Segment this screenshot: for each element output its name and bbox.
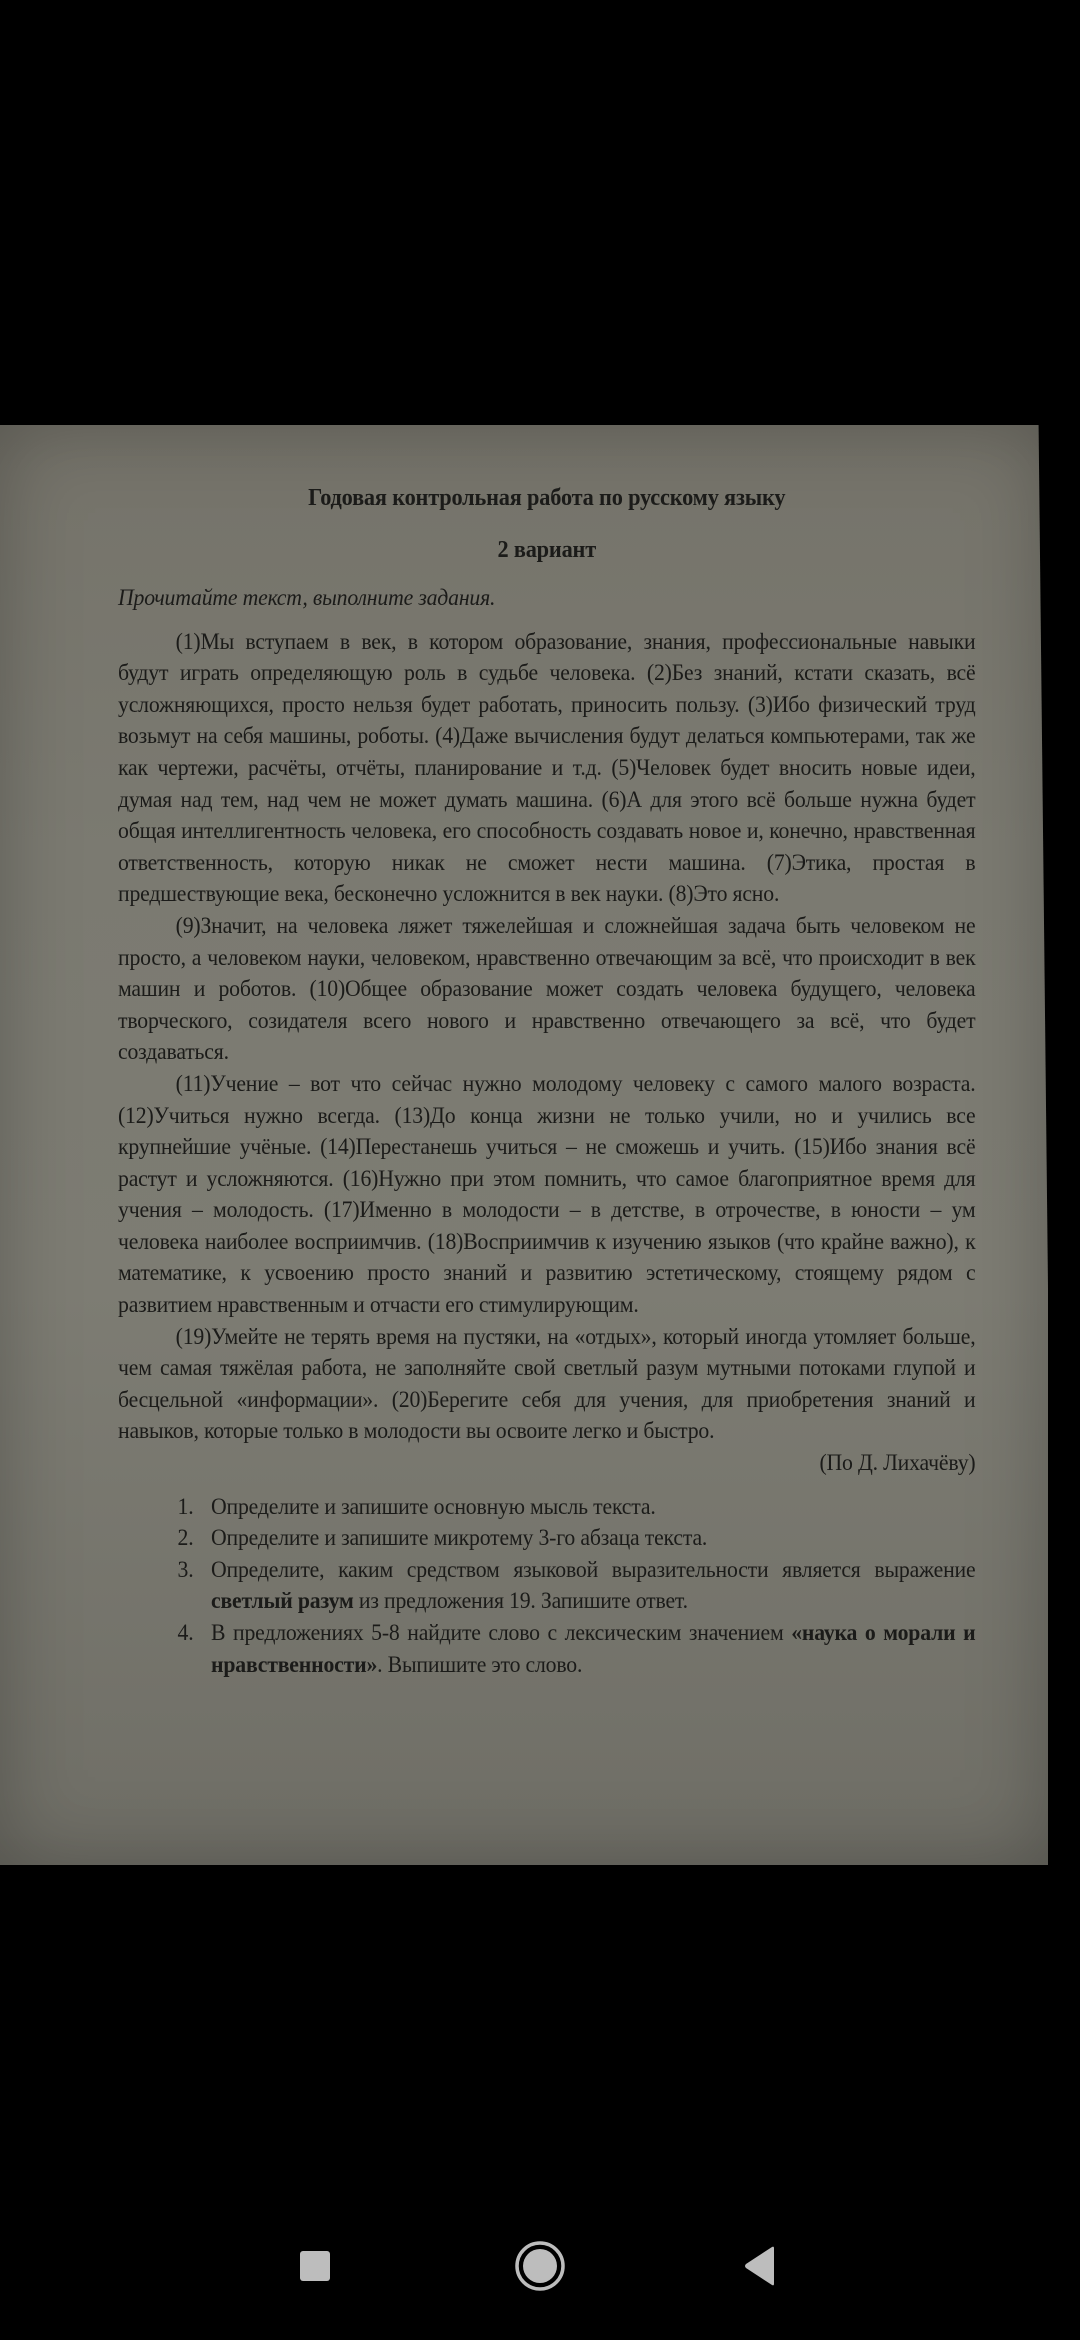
document-title: Годовая контрольная работа по русскому я… [118,483,975,513]
circle-icon [514,2240,566,2292]
task-text: Определите и запишите основную мысль тек… [211,1494,656,1520]
navigation-bar [0,2190,1080,2340]
back-button[interactable] [720,2226,800,2306]
task-item-3: 3. Определите, каким средством языковой … [211,1555,975,1618]
instruction-text: Прочитайте текст, выполните задания. [118,583,975,615]
square-icon [298,2249,332,2283]
task-list: 1. Определите и запишите основную мысль … [118,1492,975,1682]
paper-content: Годовая контрольная работа по русскому я… [118,483,975,1681]
task-text: Определите и запишите микротему 3-го абз… [211,1525,707,1551]
text-paragraph-2: (9)Значит, на человека ляжет тяжелейшая … [118,911,975,1069]
exam-paper-photo: Годовая контрольная работа по русскому я… [0,425,1048,1865]
task-text: Определите, каким средством языковой выр… [211,1557,975,1583]
task-item-1: 1. Определите и запишите основную мысль … [211,1492,975,1524]
recent-apps-button[interactable] [275,2226,355,2306]
home-button[interactable] [500,2226,580,2306]
text-paragraph-1: (1)Мы вступаем в век, в котором образова… [118,627,975,911]
variant-label: 2 вариант [118,535,975,565]
triangle-back-icon [743,2246,777,2286]
task-text: В предложениях 5-8 найдите слово с лекси… [211,1620,791,1646]
author-attribution: (По Д. Лихачёву) [118,1448,975,1480]
photo-viewer: Годовая контрольная работа по русскому я… [0,0,1080,2190]
task-number: 2. [178,1523,194,1555]
task-number: 4. [178,1618,194,1650]
task-number: 3. [178,1555,194,1587]
text-paragraph-4: (19)Умейте не терять время на пустяки, н… [118,1322,975,1448]
text-paragraph-3: (11)Учение – вот что сейчас нужно молодо… [118,1069,975,1322]
task-item-2: 2. Определите и запишите микротему 3-го … [211,1523,975,1555]
task-text: . Выпишите это слово. [377,1652,582,1678]
task-number: 1. [178,1492,194,1524]
task-item-4: 4. В предложениях 5-8 найдите слово с ле… [211,1618,975,1681]
task-highlight: светлый разум [211,1588,354,1614]
task-text: из предложения 19. Запишите ответ. [354,1588,688,1614]
